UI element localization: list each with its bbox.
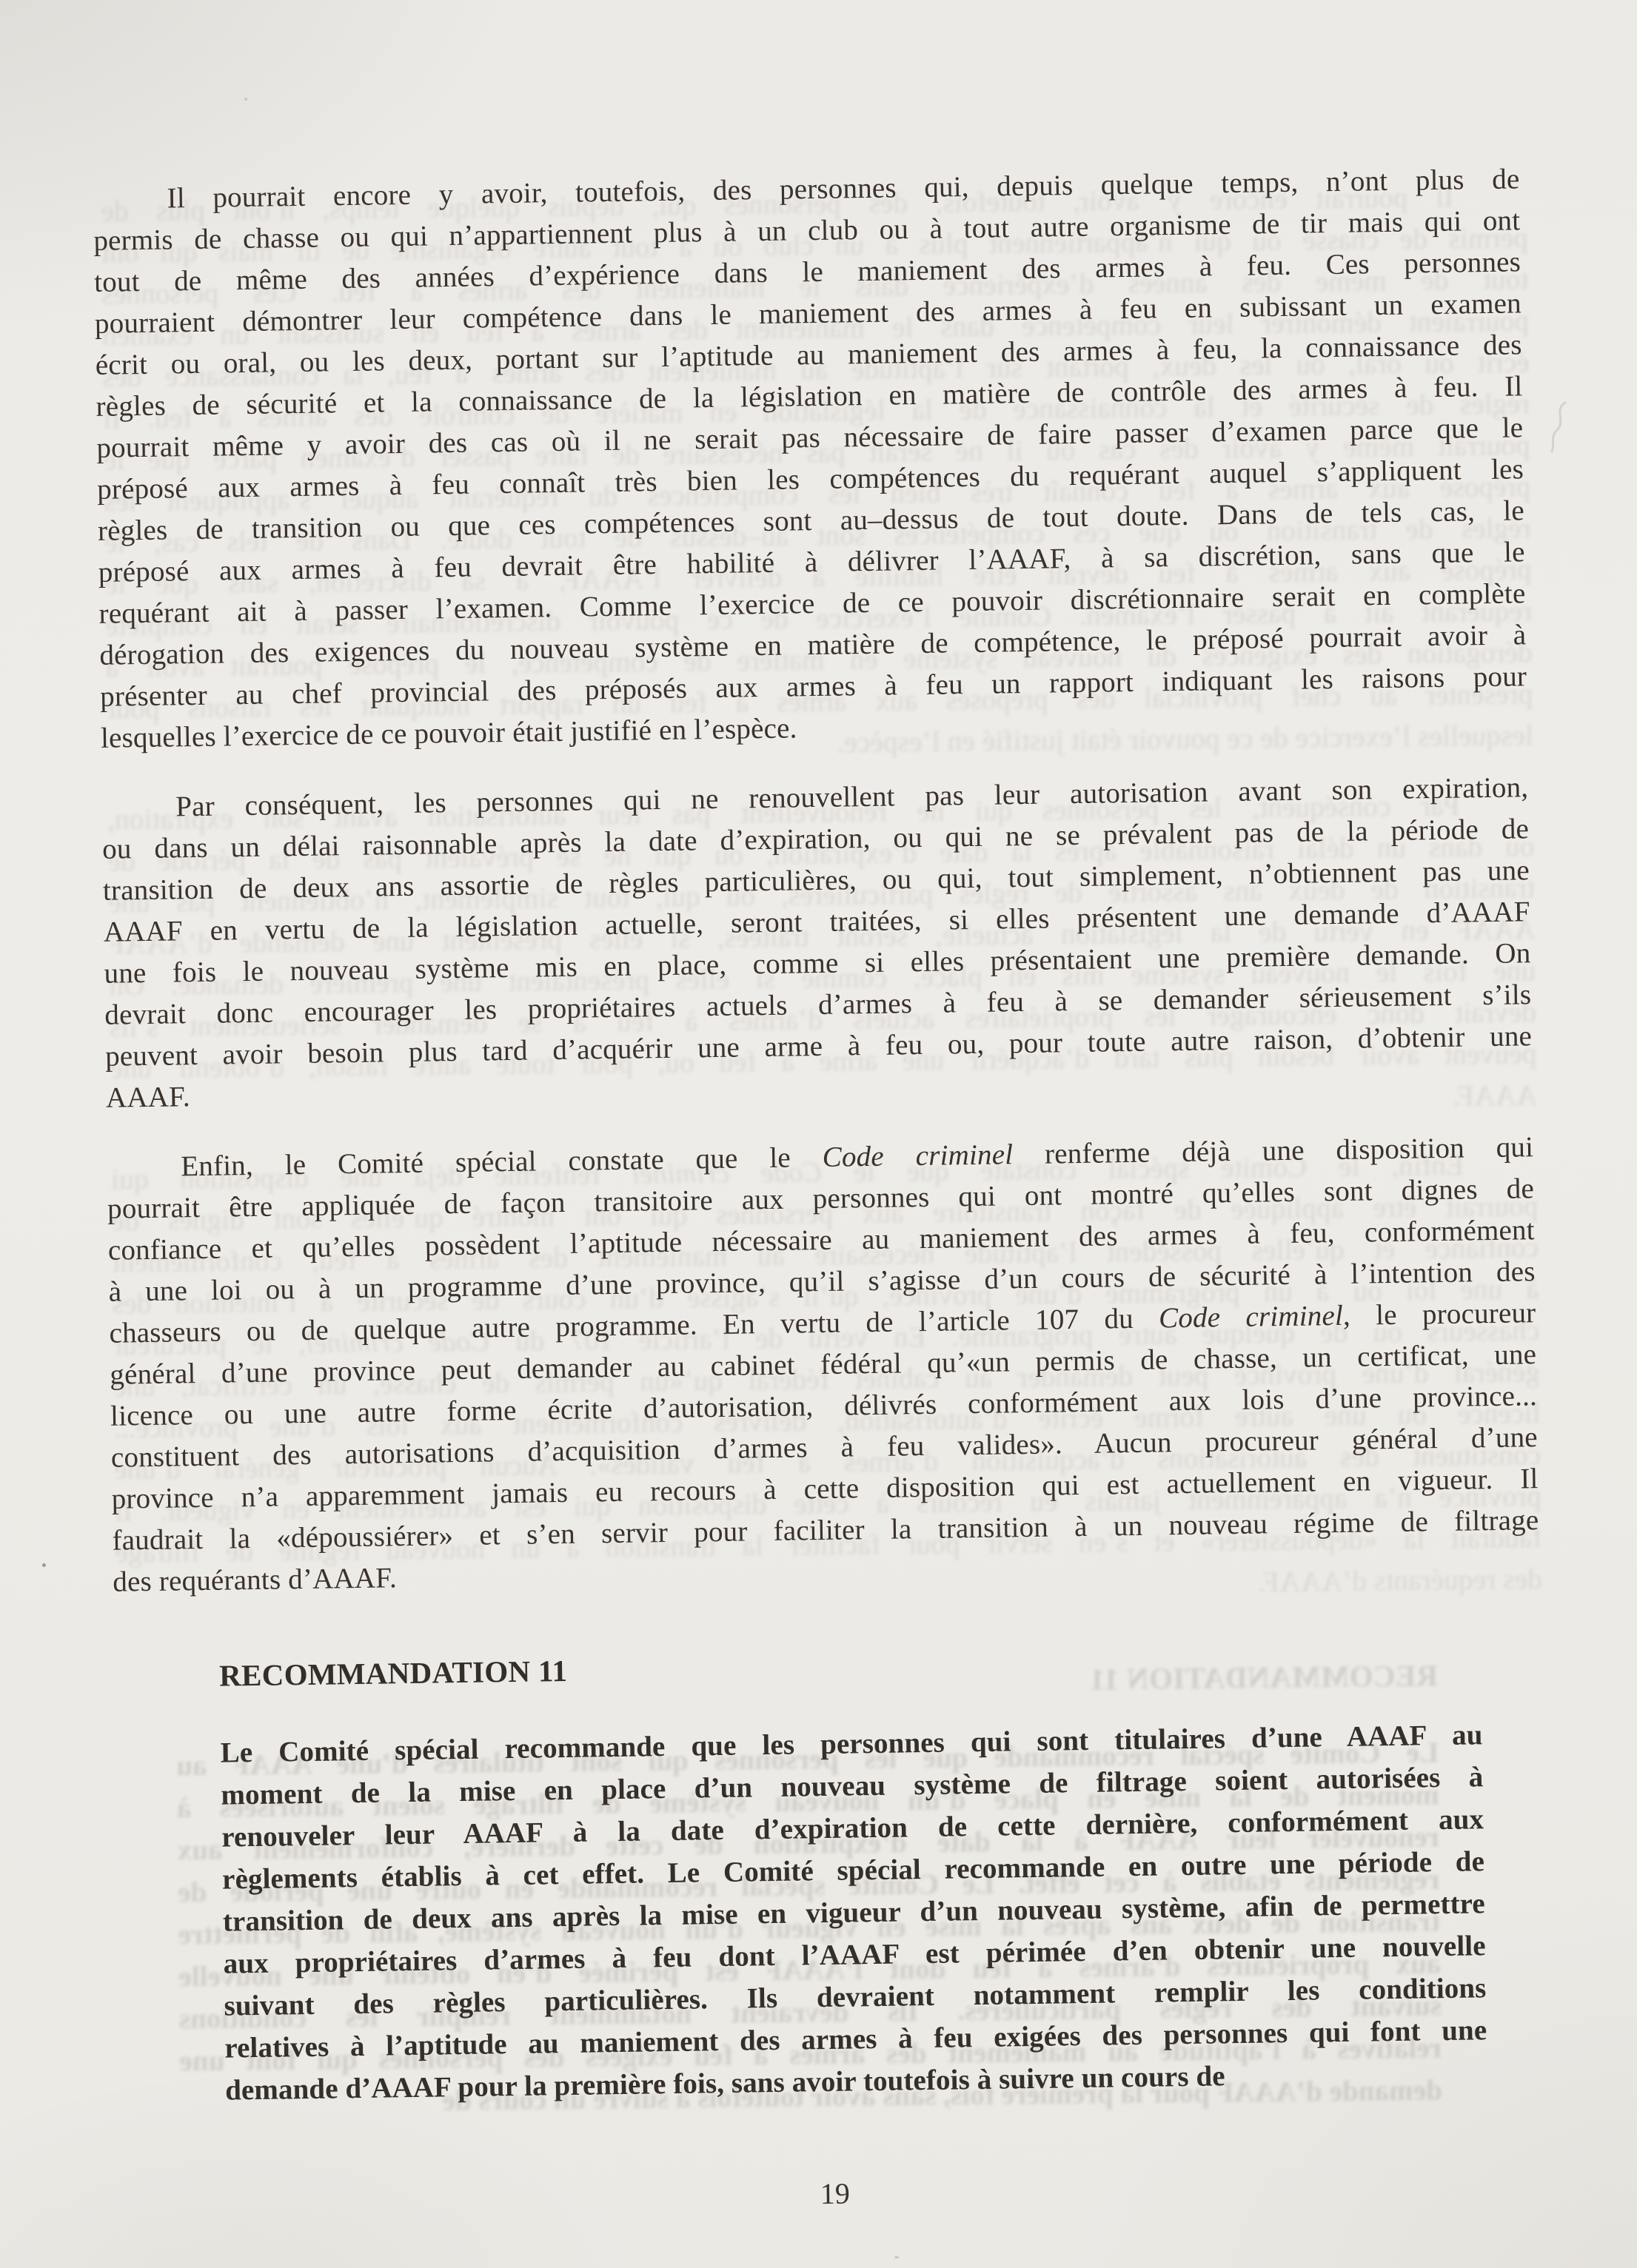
recommendation-text: Le Comité spécial recommande que les per… bbox=[220, 1714, 1487, 2111]
body-paragraphs: Il pourrait encore y avoir, toutefois, d… bbox=[93, 158, 1539, 1603]
pencil-squiggle-mark bbox=[1540, 397, 1584, 463]
page-content: Il pourrait encore y avoir, toutefois, d… bbox=[93, 158, 1547, 2113]
paragraph: Enfin, le Comité spécial constate que le… bbox=[107, 1127, 1540, 1603]
paragraph: Par conséquent, les personnes qui ne ren… bbox=[101, 767, 1533, 1119]
scanned-report-page: Il pourrait encore y avoir, toutefois, d… bbox=[0, 0, 1637, 2268]
paragraph: Le Comité spécial recommande que les per… bbox=[220, 1714, 1487, 2111]
recommendation-heading: RECOMMANDATION 11 bbox=[219, 1636, 1541, 1697]
scan-speck bbox=[244, 98, 247, 101]
page-number: 19 bbox=[121, 2166, 1548, 2222]
scan-speck bbox=[894, 2256, 899, 2258]
scan-speck bbox=[42, 1563, 46, 1567]
paragraph: Il pourrait encore y avoir, toutefois, d… bbox=[93, 158, 1527, 759]
